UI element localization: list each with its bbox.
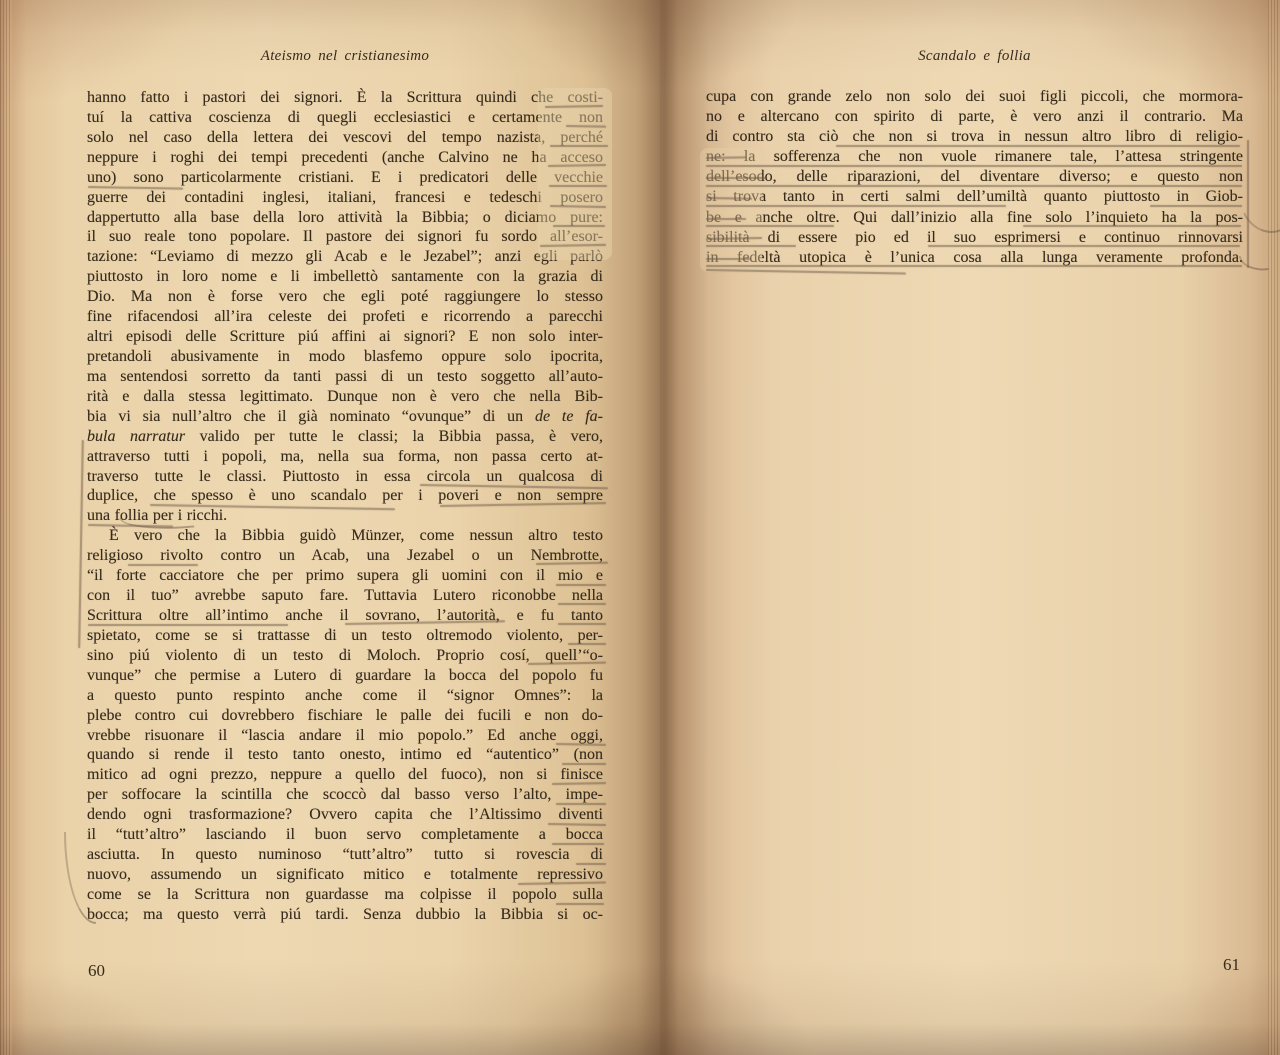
text-line: tazione: “Leviamo di mezzo gli Acab e le… [87, 247, 603, 267]
text-line: una follia per i ricchi. [87, 506, 603, 526]
text-line: attraverso tutti i popoli, ma, nella sua… [87, 447, 603, 467]
page-number-right: 61 [1210, 955, 1240, 975]
text-line: bia vi sia null’altro che il già nominat… [87, 407, 603, 427]
text-line: religioso rivolto contro un Acab, una Je… [87, 546, 603, 566]
text-line: “il forte cacciatore che per primo super… [87, 566, 603, 586]
text-line: fine rifacendosi all’ira celeste dei pro… [87, 307, 603, 327]
text-line: ne: la sofferenza che non vuole rimanere… [706, 147, 1243, 167]
text-line: rità e dalla stessa legittimato. Dunque … [87, 387, 603, 407]
text-line: hanno fatto i pastori dei signori. È la … [87, 88, 603, 108]
text-line: spietato, come se si trattasse di un tes… [87, 626, 603, 646]
text-line: plebe contro cui dovrebbero fischiare le… [87, 706, 603, 726]
text-line: guerre dei contadini inglesi, italiani, … [87, 188, 603, 208]
text-line: be e anche oltre. Qui dall’inizio alla f… [706, 208, 1243, 228]
text-line: neppure i roghi dei tempi precedenti (an… [87, 148, 603, 168]
text-line: dappertutto alla base della loro attivit… [87, 208, 603, 228]
text-line: no e altercano con spirito di parte, è v… [706, 107, 1243, 127]
text-line: pretandoli abusivamente in modo blasfemo… [87, 347, 603, 367]
book-scan: Ateismo nel cristianesimo Scandalo e fol… [0, 0, 1280, 1055]
text-line: vrebbe risuonare il “lascia andare il mi… [87, 726, 603, 746]
text-block-right: cupa con grande zelo non solo dei suoi f… [706, 87, 1243, 268]
text-line: È vero che la Bibbia guidò Münzer, come … [87, 526, 603, 546]
text-line: per soffocare la scintilla che scoccò da… [87, 785, 603, 805]
text-line: bula narratur valido per tutte le classi… [87, 427, 603, 447]
text-line: sibilità di essere pio ed il suo esprime… [706, 228, 1243, 248]
text-line: il “tutt’altro” lasciando il buon servo … [87, 825, 603, 845]
text-line: bocca; ma questo verrà piú tardi. Senza … [87, 905, 603, 925]
text-line: uno) sono particolarmente cristiani. E i… [87, 168, 603, 188]
text-line: vunque” che permise a Lutero di guardare… [87, 666, 603, 686]
text-line: asciutta. In questo numinoso “tutt’altro… [87, 845, 603, 865]
text-line: in fedeltà utopica è l’unica cosa alla l… [706, 248, 1243, 268]
text-line: dendo ogni trasformazione? Ovvero capita… [87, 805, 603, 825]
page-number-left: 60 [88, 961, 105, 981]
text-line: con il tuo” avrebbe saputo fare. Tuttavi… [87, 586, 603, 606]
text-line: si trova tanto in certi salmi dell’umilt… [706, 187, 1243, 207]
text-line: piuttosto in loro nome e li imbellettò s… [87, 267, 603, 287]
text-block-left: hanno fatto i pastori dei signori. È la … [87, 88, 603, 925]
text-line: ma sentendosi sorretto da tanti passi di… [87, 367, 603, 387]
text-line: Scrittura oltre all’intimo anche il sovr… [87, 606, 603, 626]
text-line: solo nel caso della lettera dei vescovi … [87, 128, 603, 148]
text-line: sino piú violento di un testo di Moloch.… [87, 646, 603, 666]
text-line: duplice, che spesso è uno scandalo per i… [87, 486, 603, 506]
text-line: a questo punto respinto anche come il “s… [87, 686, 603, 706]
text-line: mitico ad ogni prezzo, neppure a quello … [87, 765, 603, 785]
text-line: traverso tutte le classi. Piuttosto in e… [87, 467, 603, 487]
text-line: nuovo, assumendo un significato mitico e… [87, 865, 603, 885]
text-line: il suo reale tono popolare. Il pastore d… [87, 227, 603, 247]
text-line: di contro sta ciò che non si trova in ne… [706, 127, 1243, 147]
text-line: Dio. Ma non è forse vero che egli poté r… [87, 287, 603, 307]
text-line: come se la Scrittura non guardasse ma co… [87, 885, 603, 905]
text-line: quando si rende il testo tanto onesto, i… [87, 745, 603, 765]
text-line: tuí la cattiva coscienza di quegli eccle… [87, 108, 603, 128]
text-line: cupa con grande zelo non solo dei suoi f… [706, 87, 1243, 107]
running-header-left: Ateismo nel cristianesimo [87, 48, 603, 65]
running-header-right: Scandalo e follia [706, 48, 1243, 65]
text-line: dell’esodo, delle riparazioni, del diven… [706, 167, 1243, 187]
text-line: altri episodi delle Scritture piú affini… [87, 327, 603, 347]
